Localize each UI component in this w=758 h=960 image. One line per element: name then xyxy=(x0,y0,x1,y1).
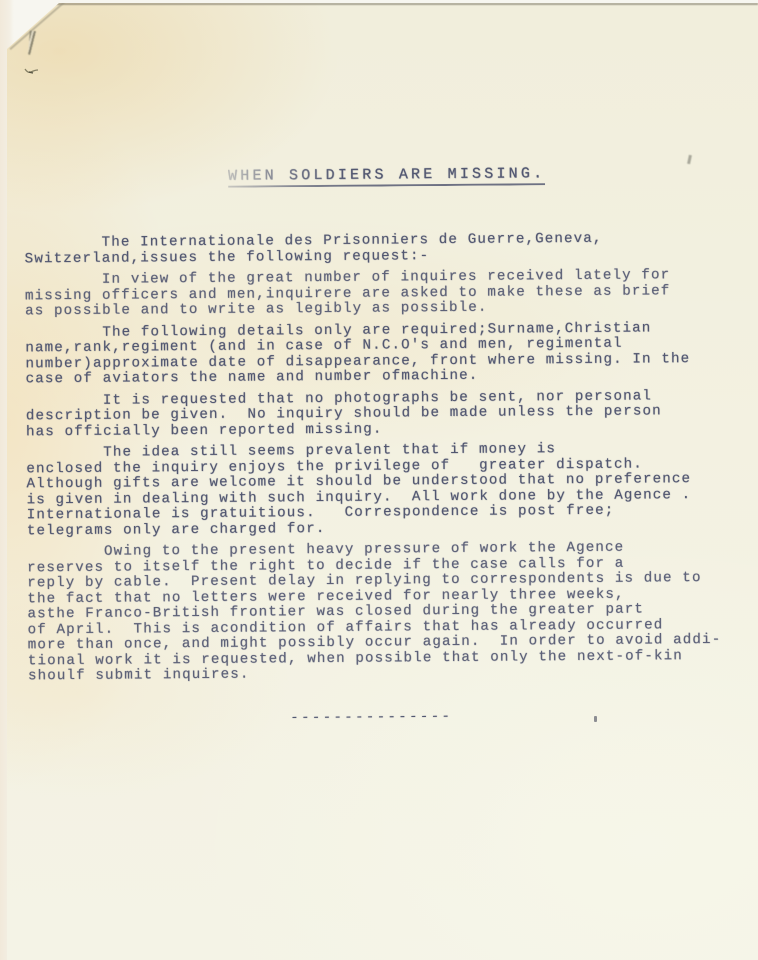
paragraph: In view of the great number of inquires … xyxy=(25,268,745,320)
typed-line: as possible and to write as legibly as p… xyxy=(25,299,745,320)
typed-content: WHEN SOLDIERS ARE MISSING. The Internati… xyxy=(23,0,749,728)
document-body: The Internationale des Prisonniers de Gu… xyxy=(24,231,748,685)
paragraph: Owing to the present heavy pressure of w… xyxy=(27,540,748,685)
paragraph: The idea still seems prevalent that if m… xyxy=(26,441,747,540)
paragraph: It is requested that no photographs be s… xyxy=(26,388,746,440)
typed-divider: --------------- xyxy=(290,706,748,726)
paragraph: The Internationale des Prisonniers de Gu… xyxy=(24,231,744,268)
document-title: WHEN SOLDIERS ARE MISSING. xyxy=(228,165,545,187)
paragraph: The following details only are required;… xyxy=(25,320,745,388)
typed-line: case of aviators the name and number ofm… xyxy=(26,367,746,388)
typed-line: shoulf submit inquires. xyxy=(28,664,748,685)
document-page: WHEN SOLDIERS ARE MISSING. The Internati… xyxy=(7,3,758,960)
